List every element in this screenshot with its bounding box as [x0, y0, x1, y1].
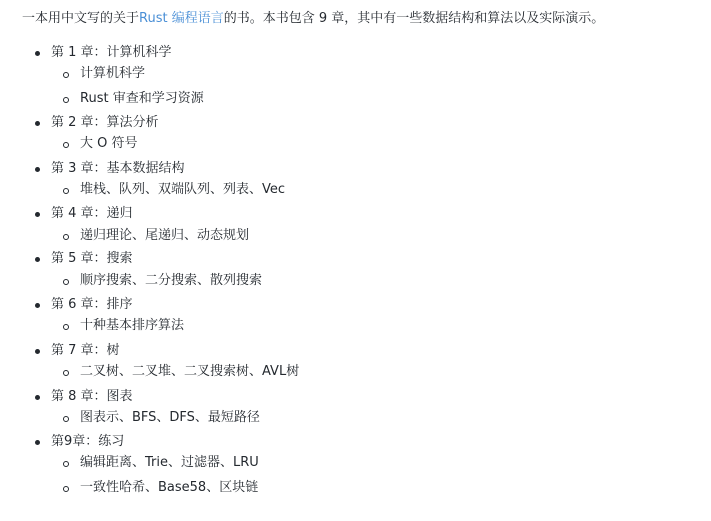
chapter-item: 图表示、BFS、DFS、最短路径 [80, 409, 260, 427]
rust-language-link[interactable]: Rust 编程语言 [139, 11, 224, 26]
sub-bullet-icon [63, 370, 69, 376]
bullet-icon [35, 167, 40, 172]
chapter-title: 第 6 章：排序 [51, 296, 133, 314]
sub-bullet-icon [63, 416, 69, 422]
chapter-item: 堆栈、队列、双端队列、列表、Vec [80, 181, 285, 199]
intro-paragraph: 一本用中文写的关于Rust 编程语言的书。本书包含 9 章，其中有一些数据结构和… [22, 10, 604, 28]
bullet-icon [35, 212, 40, 217]
chapter-title: 第9章：练习 [51, 433, 124, 451]
sub-bullet-icon [63, 142, 69, 148]
bullet-icon [35, 303, 40, 308]
chapter-title: 第 5 章：搜索 [51, 250, 133, 268]
chapter-item: 递归理论、尾递归、动态规划 [80, 227, 249, 245]
bullet-icon [35, 349, 40, 354]
bullet-icon [35, 395, 40, 400]
chapter-item: 顺序搜索、二分搜索、散列搜索 [80, 272, 262, 290]
bullet-icon [35, 440, 40, 445]
chapter-title: 第 8 章：图表 [51, 388, 133, 406]
bullet-icon [35, 257, 40, 262]
sub-bullet-icon [63, 279, 69, 285]
sub-bullet-icon [63, 461, 69, 467]
chapter-item: 十种基本排序算法 [80, 317, 184, 335]
chapter-item: 二叉树、二叉堆、二叉搜索树、AVL树 [80, 363, 299, 381]
chapter-item: 大 O 符号 [80, 135, 138, 153]
bullet-icon [35, 51, 40, 56]
chapter-item: 计算机科学 [80, 65, 145, 83]
intro-prefix: 一本用中文写的关于 [22, 11, 139, 26]
sub-bullet-icon [63, 97, 69, 103]
chapter-title: 第 1 章：计算机科学 [51, 44, 172, 62]
chapter-item: 一致性哈希、Base58、区块链 [80, 479, 258, 497]
chapter-title: 第 3 章：基本数据结构 [51, 160, 185, 178]
intro-suffix: 的书。本书包含 9 章，其中有一些数据结构和算法以及实际演示。 [224, 11, 605, 26]
chapter-title: 第 7 章：树 [51, 342, 120, 360]
sub-bullet-icon [63, 72, 69, 78]
chapter-title: 第 2 章：算法分析 [51, 114, 159, 132]
sub-bullet-icon [63, 234, 69, 240]
sub-bullet-icon [63, 188, 69, 194]
chapter-title: 第 4 章：递归 [51, 205, 133, 223]
sub-bullet-icon [63, 324, 69, 330]
bullet-icon [35, 121, 40, 126]
sub-bullet-icon [63, 486, 69, 492]
chapter-item: Rust 审查和学习资源 [80, 90, 204, 108]
chapter-item: 编辑距离、Trie、过滤器、LRU [80, 454, 259, 472]
